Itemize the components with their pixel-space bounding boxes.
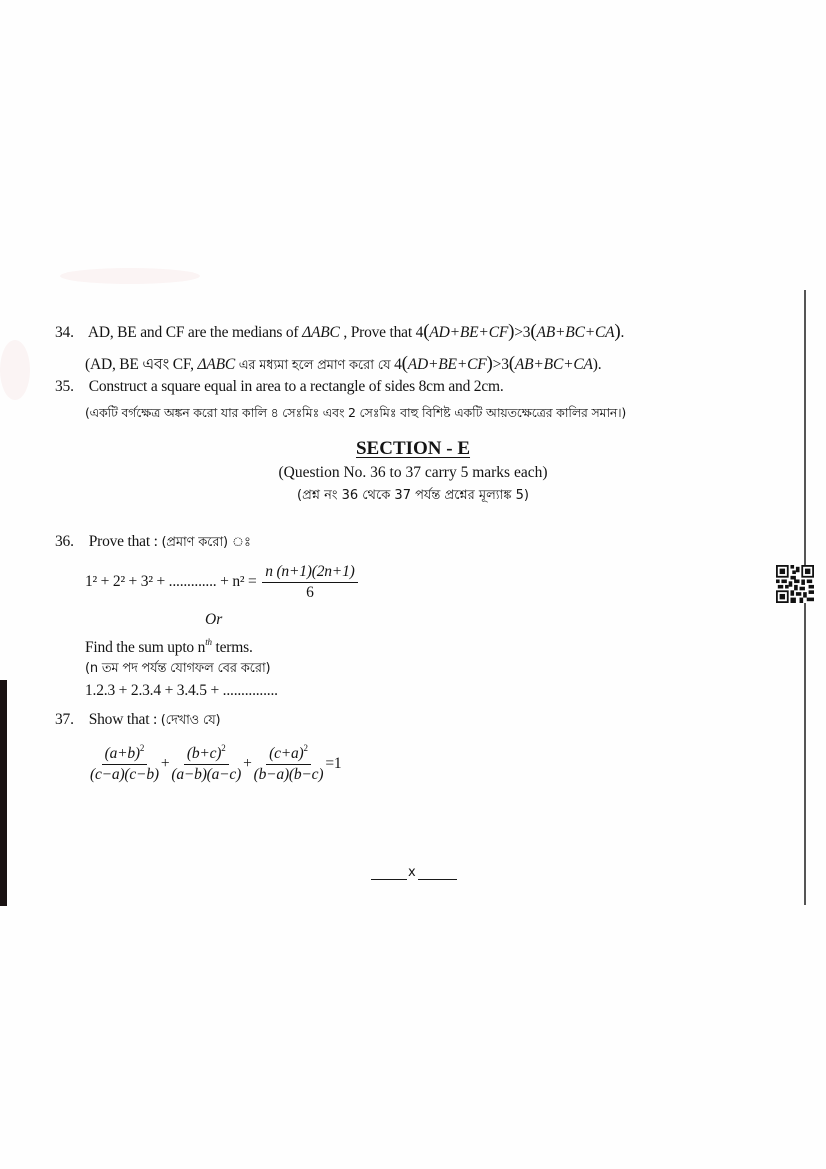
question-text-bn: (AD, BE এবং CF, (85, 356, 194, 373)
section-subtitle: (Question No. 36 to 37 carry 5 marks eac… (0, 464, 826, 482)
exponent: 2 (221, 743, 225, 753)
identity-result: =1 (325, 755, 341, 772)
operator: > (493, 356, 502, 373)
footer-line-right (418, 879, 457, 880)
rhs-expression: AB+BC+CA (515, 356, 593, 373)
lhs-expression: AD+BE+CF (429, 324, 508, 341)
scan-edge-shadow (0, 680, 7, 906)
scan-smudge (0, 340, 30, 400)
question-35: 35. Construct a square equal in area to … (55, 377, 504, 397)
fraction-denominator: (a−b)(a−c) (171, 765, 241, 784)
question-37: 37. Show that : (দেখাও যে) (55, 710, 220, 731)
question-label-bn: (দেখাও যে) (161, 713, 221, 728)
fraction-numerator: (b+c)2 (184, 745, 229, 765)
question-text: Construct a square equal in area to a re… (89, 378, 504, 395)
series-lhs: 1² + 2² + 3² + ............. + n² = (85, 573, 257, 590)
coefficient: 3 (501, 356, 509, 373)
fraction-denominator: (b−a)(b−c) (254, 765, 324, 784)
fraction-term-3: (c+a)2 (b−a)(b−c) (254, 745, 324, 784)
qr-code-icon (776, 565, 814, 603)
fraction-denominator: (c−a)(c−b) (90, 765, 159, 784)
lhs-expression: AD+BE+CF (408, 356, 487, 373)
formula-fraction: n (n+1)(2n+1) 6 (262, 563, 357, 602)
question-label: Prove that : (89, 533, 158, 550)
sum-of-squares-formula: 1² + 2² + 3² + ............. + n² = n (n… (85, 563, 360, 602)
fraction-term-2: (b+c)2 (a−b)(a−c) (171, 745, 241, 784)
rhs-expression: AB+BC+CA (537, 324, 615, 341)
fraction-numerator: (a+b)2 (102, 745, 148, 765)
section-title: SECTION - E (0, 438, 826, 460)
question-text-bn: এর মধ্যমা হলে প্রমাণ করো যে (239, 358, 391, 373)
period: ). (593, 356, 602, 373)
numerator-text: (b+c) (187, 745, 221, 762)
exponent: 2 (304, 743, 308, 753)
question-number: 36. (55, 532, 85, 552)
numerator-text: (a+b) (105, 745, 140, 762)
alternative-question-bengali: (n তম পদ পর্যন্ত যোগফল বের করো) (85, 659, 270, 679)
question-number: 34. (55, 323, 85, 343)
triangle-symbol: ΔABC (197, 356, 235, 373)
numerator-text: (c+a) (269, 745, 303, 762)
or-label: Or (205, 611, 222, 629)
fraction-numerator: n (n+1)(2n+1) (262, 563, 357, 583)
footer-line-left (371, 879, 407, 880)
plus-sign: + (161, 755, 170, 772)
alternative-text-end: terms. (212, 639, 253, 656)
question-number: 35. (55, 377, 85, 397)
alternative-text: Find the sum upto n (85, 639, 205, 656)
page-footer: x (371, 866, 457, 880)
section-subtitle-bengali: (প্রশ্ন নং 36 থেকে 37 পর্যন্ত প্রশ্নের ম… (0, 486, 826, 507)
superscript: th (205, 637, 212, 647)
question-35-bengali: (একটি বর্গক্ষেত্র অঙ্কন করো যার কালি ৪ স… (85, 403, 626, 423)
triangle-symbol: ΔABC (302, 324, 340, 341)
exponent: 2 (140, 743, 144, 753)
fraction-denominator: 6 (306, 583, 314, 602)
coefficient: 4 (394, 356, 402, 373)
question-text: AD, BE and CF are the medians of (88, 324, 299, 341)
fraction-term-1: (a+b)2 (c−a)(c−b) (90, 745, 159, 784)
operator: > (514, 324, 523, 341)
alternative-question: Find the sum upto nth terms. (85, 638, 253, 658)
section-title-text: SECTION - E (356, 438, 470, 459)
prove-label: , Prove that (343, 324, 412, 341)
product-series: 1.2.3 + 2.3.4 + 3.4.5 + ............... (85, 681, 278, 701)
cyclic-fraction-identity: (a+b)2 (c−a)(c−b) + (b+c)2 (a−b)(a−c) + … (88, 745, 341, 784)
fraction-numerator: (c+a)2 (266, 745, 311, 765)
plus-sign: + (243, 755, 252, 772)
scan-smudge (60, 268, 200, 284)
period: . (621, 324, 625, 341)
question-34: 34. AD, BE and CF are the medians of ΔAB… (55, 322, 624, 343)
question-36: 36. Prove that : (প্রমাণ করো) ঃ (55, 532, 251, 553)
footer-mark: x (408, 865, 416, 880)
question-number: 37. (55, 710, 85, 730)
question-label-bn: (প্রমাণ করো) ঃ (161, 535, 250, 550)
question-label: Show that : (89, 711, 157, 728)
question-34-bengali: (AD, BE এবং CF, ΔABC এর মধ্যমা হলে প্রমা… (85, 354, 601, 376)
